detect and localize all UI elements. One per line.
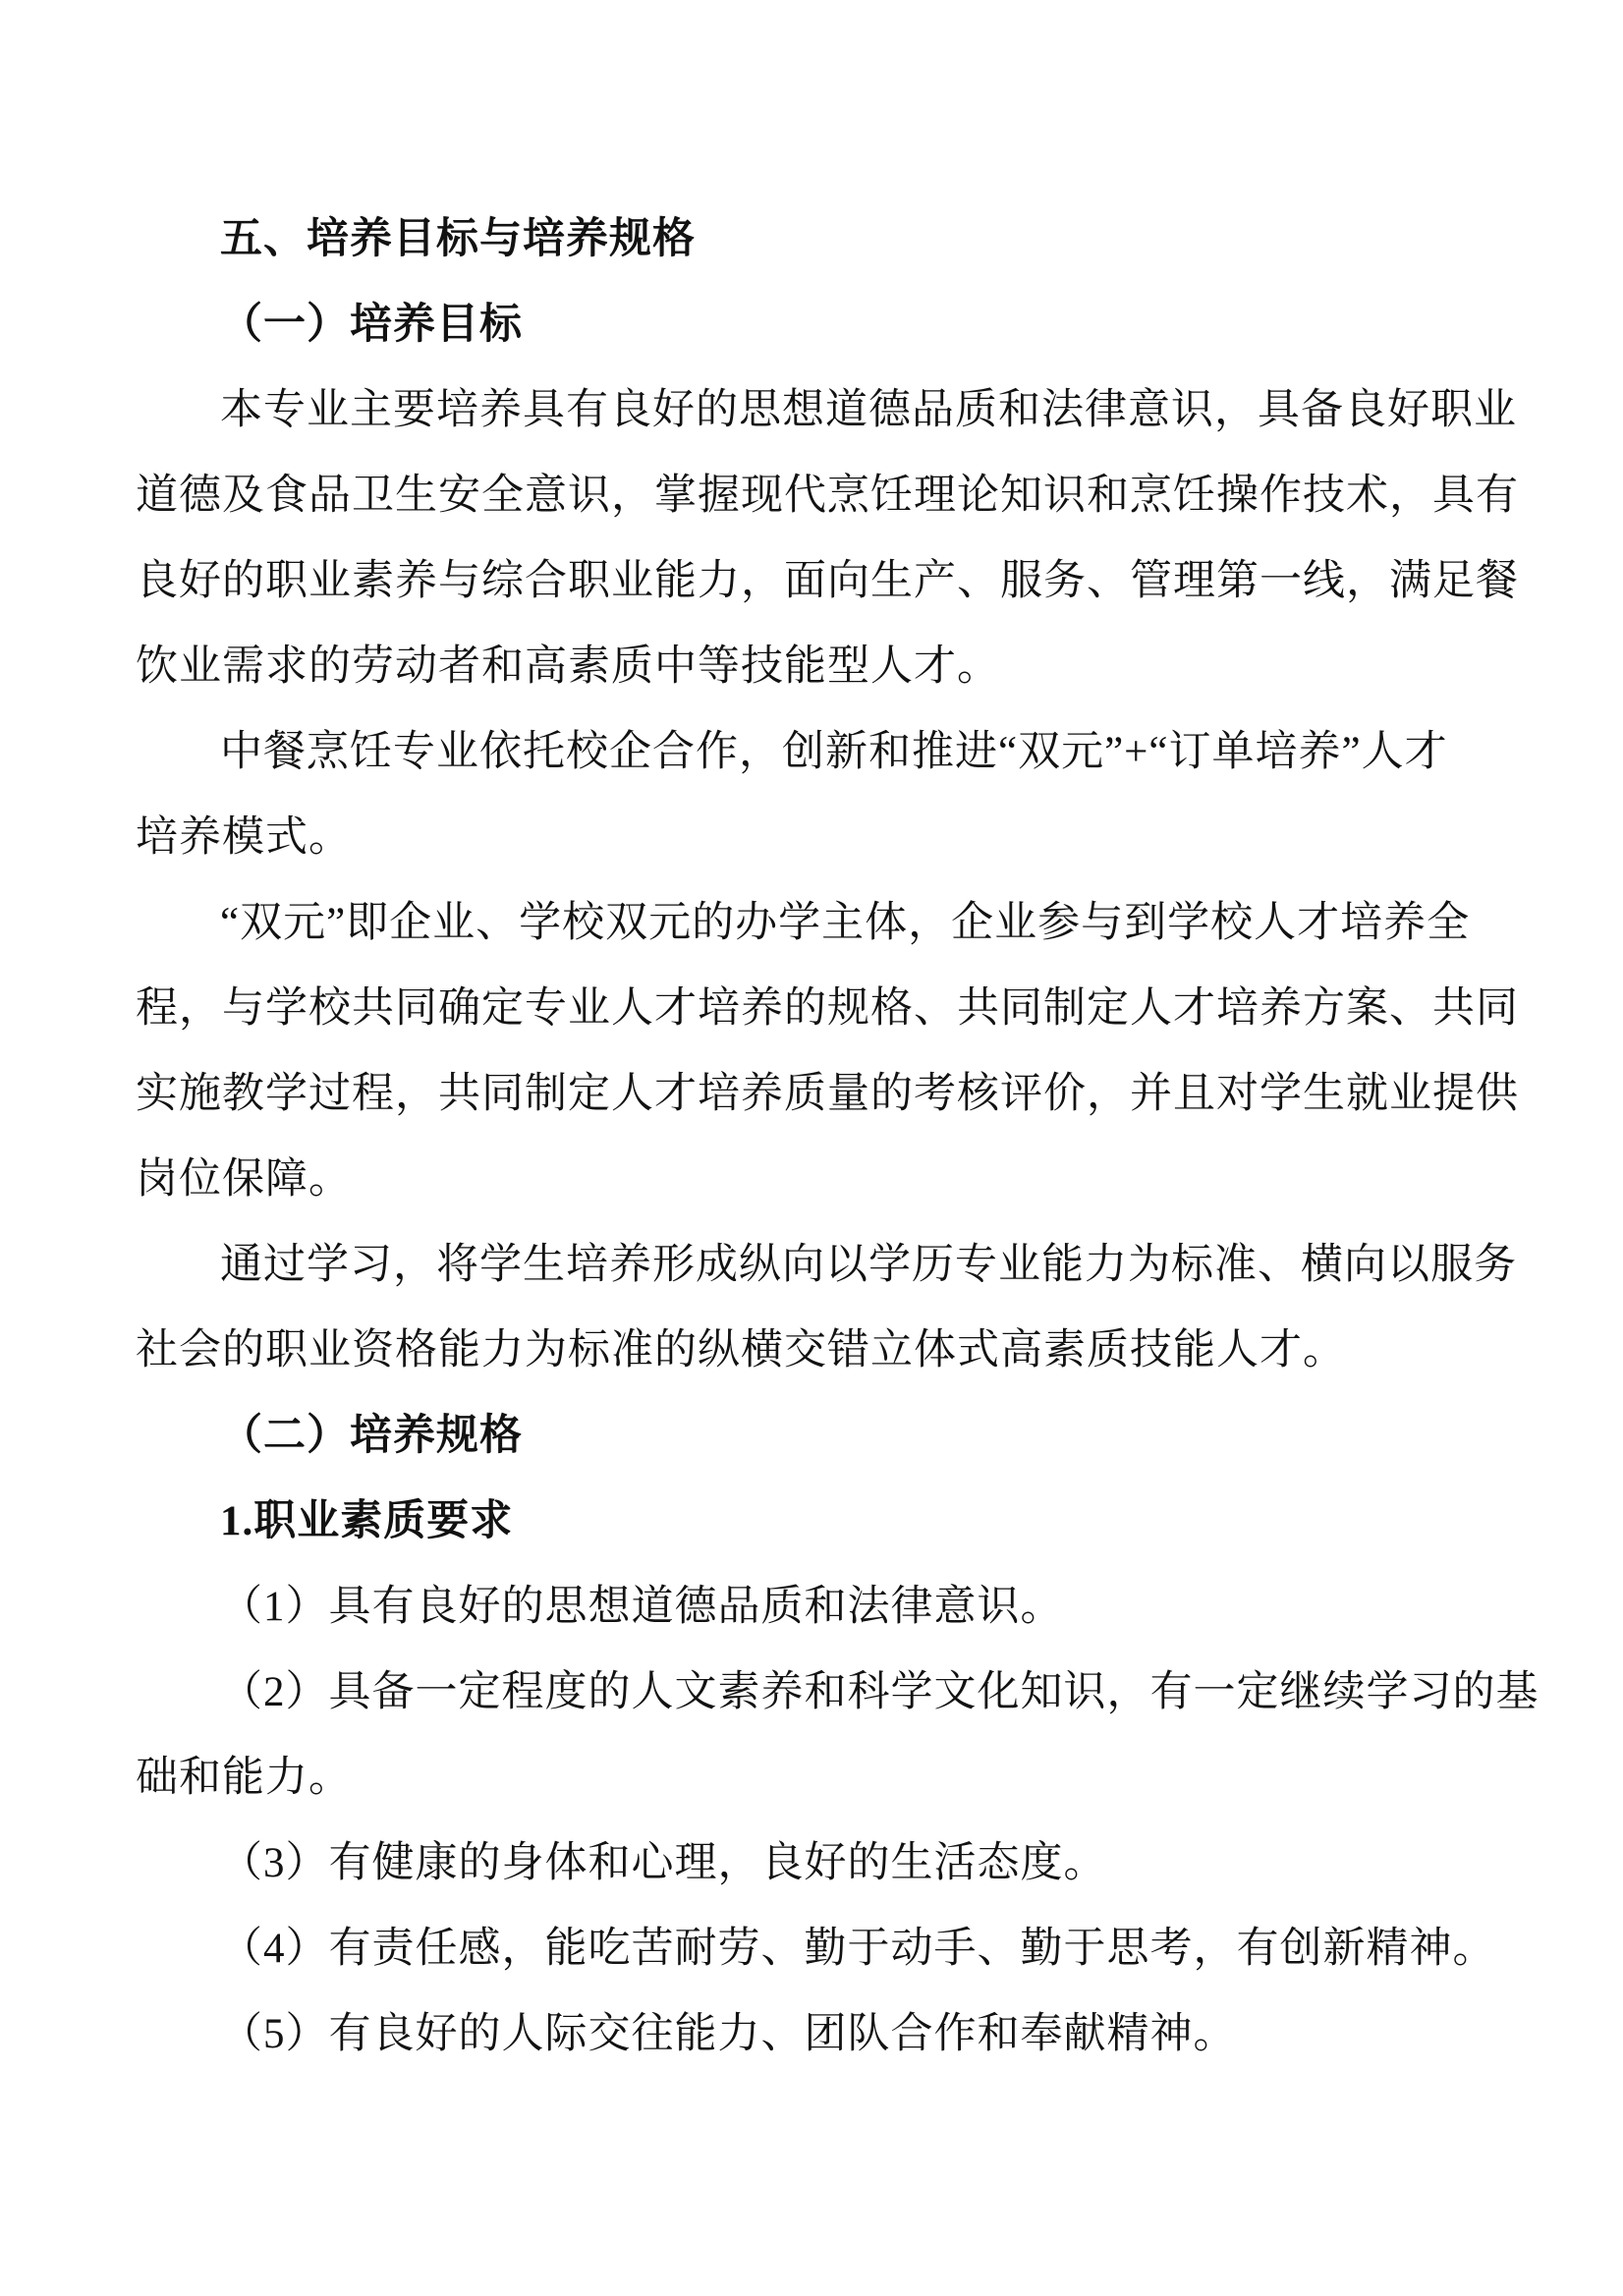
item-quality-1: （1）具有良好的思想道德品质和法律意识。 <box>136 1564 1444 1650</box>
document-page: 五、培养目标与培养规格 （一）培养目标 本专业主要培养具有良好的思想道德品质和法… <box>0 0 1623 2296</box>
item-quality-3: （3）有健康的身体和心理，良好的生活态度。 <box>136 1820 1444 1906</box>
heading-professional-quality: 1.职业素质要求 <box>136 1479 1444 1564</box>
para-dual-model-line-1: 中餐烹饪专业依托校企合作，创新和推进“双元”+“订单培养”人才 <box>136 709 1444 795</box>
para-dual-model-line-2: 培养模式。 <box>136 795 1444 880</box>
para-objectives-line-1: 本专业主要培养具有良好的思想道德品质和法律意识，具备良好职业 <box>136 367 1444 453</box>
para-dual-explain-line-3: 实施教学过程，共同制定人才培养质量的考核评价，并且对学生就业提供 <box>136 1051 1444 1137</box>
heading-training-specs: （二）培养规格 <box>136 1393 1444 1479</box>
heading-training-objectives: （一）培养目标 <box>136 282 1444 367</box>
para-dual-explain-line-2: 程，与学校共同确定专业人才培养的规格、共同制定人才培养方案、共同 <box>136 966 1444 1051</box>
item-quality-5: （5）有良好的人际交往能力、团队合作和奉献精神。 <box>136 1991 1444 2077</box>
para-objectives-line-2: 道德及食品卫生安全意识，掌握现代烹饪理论知识和烹饪操作技术，具有 <box>136 453 1444 538</box>
para-objectives-line-4: 饮业需求的劳动者和高素质中等技能型人才。 <box>136 624 1444 709</box>
item-quality-2-line-2: 础和能力。 <box>136 1735 1444 1820</box>
document-body: 五、培养目标与培养规格 （一）培养目标 本专业主要培养具有良好的思想道德品质和法… <box>136 196 1444 2077</box>
para-dual-explain-line-4: 岗位保障。 <box>136 1137 1444 1222</box>
item-quality-2-line-1: （2）具备一定程度的人文素养和科学文化知识，有一定继续学习的基 <box>136 1650 1444 1735</box>
heading-section-five: 五、培养目标与培养规格 <box>136 196 1444 282</box>
para-through-study-line-2: 社会的职业资格能力为标准的纵横交错立体式高素质技能人才。 <box>136 1308 1444 1393</box>
para-dual-explain-line-1: “双元”即企业、学校双元的办学主体，企业参与到学校人才培养全 <box>136 880 1444 966</box>
para-objectives-line-3: 良好的职业素养与综合职业能力，面向生产、服务、管理第一线，满足餐 <box>136 538 1444 624</box>
item-quality-4: （4）有责任感，能吃苦耐劳、勤于动手、勤于思考，有创新精神。 <box>136 1906 1444 1991</box>
para-through-study-line-1: 通过学习，将学生培养形成纵向以学历专业能力为标准、横向以服务 <box>136 1222 1444 1308</box>
